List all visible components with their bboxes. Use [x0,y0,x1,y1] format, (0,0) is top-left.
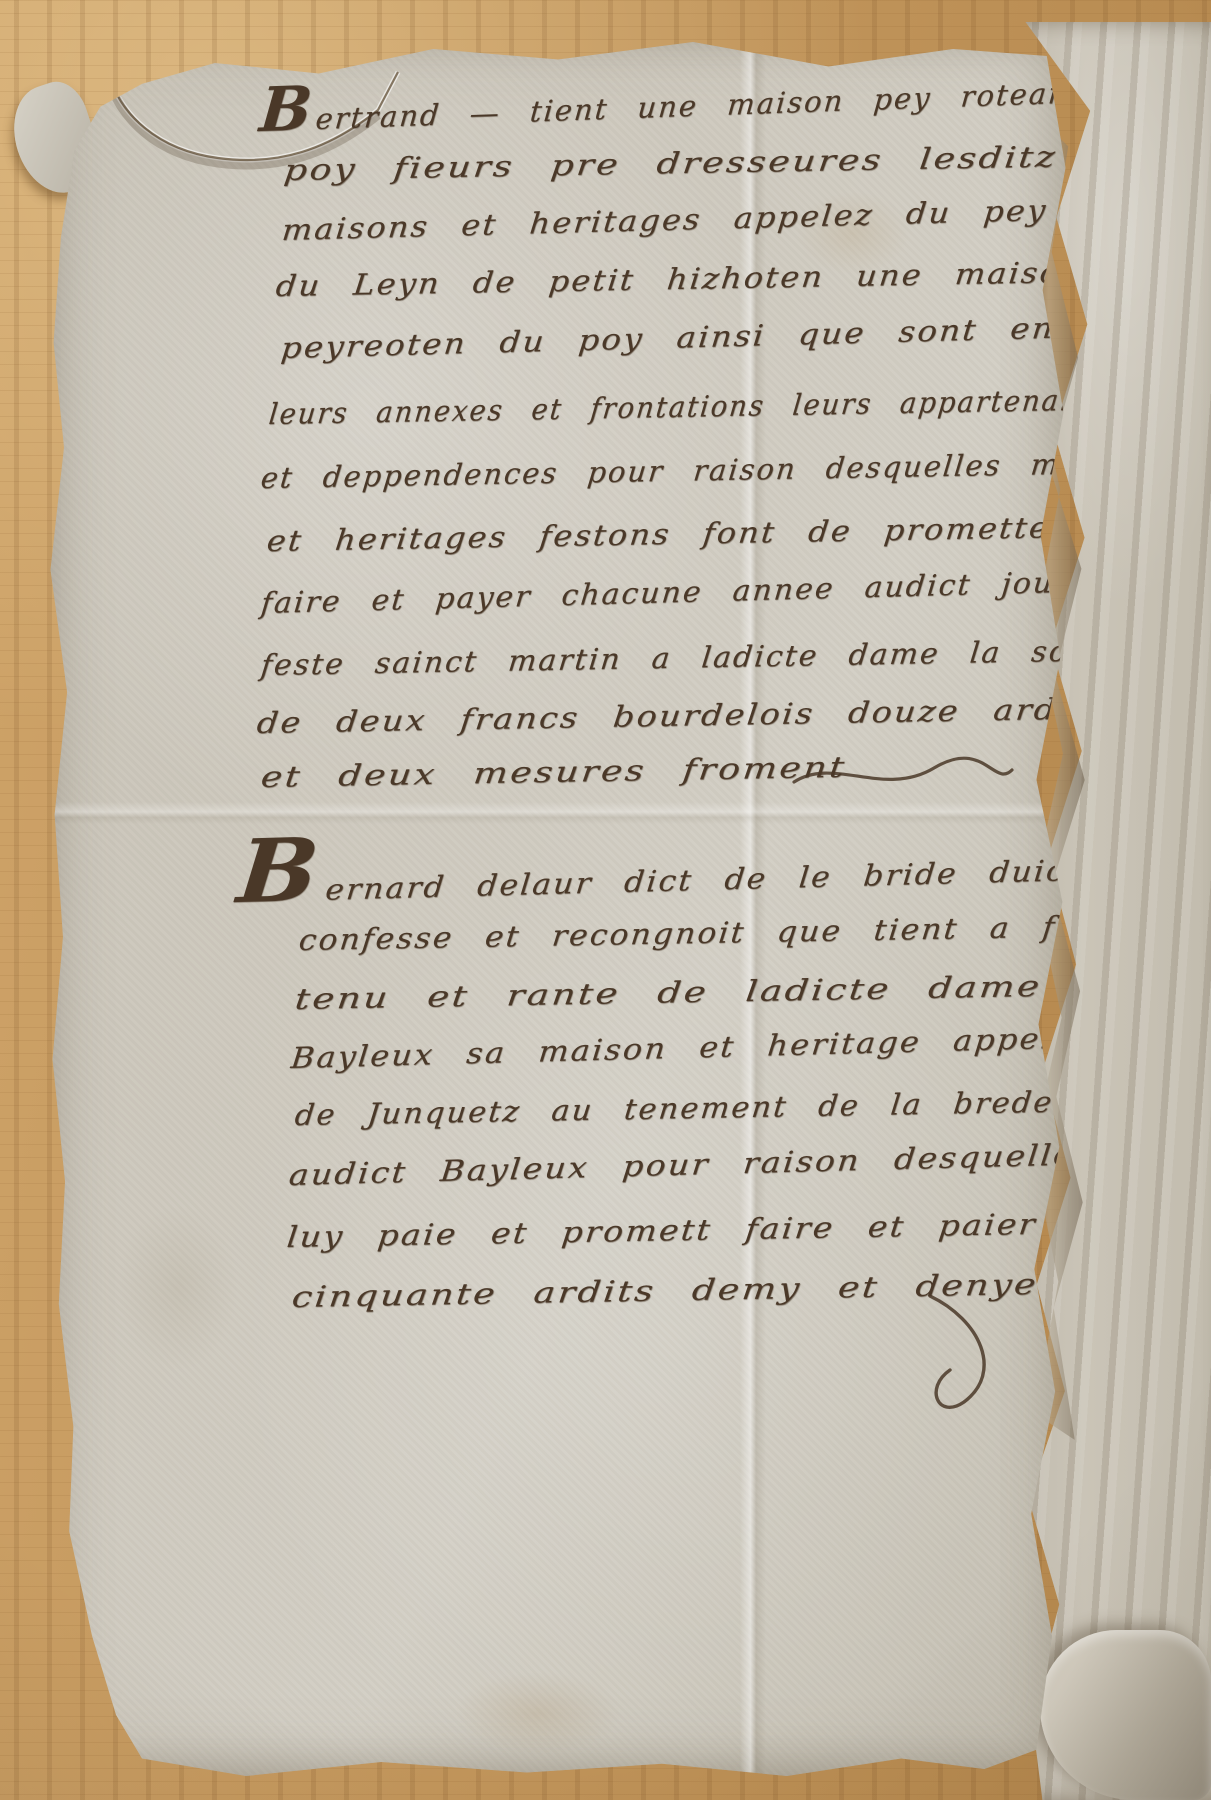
manuscript-line: et heritages festons font de promettent [265,513,1089,556]
paper-stain [428,1658,648,1768]
manuscript-line: du Leyn de petit hizhoten une maison de [274,257,1161,301]
manuscript-line: de Junquetz au tenement de la brede lieu [293,1086,1151,1130]
manuscript-line: luy paie et promett faire et paier dix [285,1208,1128,1252]
paper-stain [98,1178,258,1398]
manuscript-line: leurs annexes et frontations leurs appar… [267,385,1132,429]
manuscript-line: et deppendences pour raison desquelles m… [259,448,1166,493]
manuscript-line: Bernard delaur dict de le bride duict [235,824,1085,907]
manuscript-line: feste sainct martin a ladicte dame la so… [259,635,1151,680]
manuscript-line: audict Bayleux pour raison desquelles [288,1140,1096,1190]
manuscript-line: Bayleux sa maison et heritage appellee [290,1023,1110,1073]
manuscript-line: de deux francs bourdelois douze ardits [255,694,1107,738]
manuscript-line: peyreoten du poy ainsi que sont entre [280,312,1111,363]
ink-flourish [790,754,1020,808]
manuscript-photo: Bertrand — tient une maison pey roteande… [0,0,1211,1800]
manuscript-line: faire et payer chacune annee audict jour… [260,566,1136,618]
manuscript-page: Bertrand — tient une maison pey roteande… [38,28,1078,1776]
manuscript-line: confesse et recongnoit que tient a fief [297,912,1104,955]
ink-flourish [918,1290,1038,1440]
manuscript-line: maisons et heritages appelez du pey son [281,193,1144,245]
manuscript-line: tenu et rante de ladicte dame de [293,970,1131,1014]
